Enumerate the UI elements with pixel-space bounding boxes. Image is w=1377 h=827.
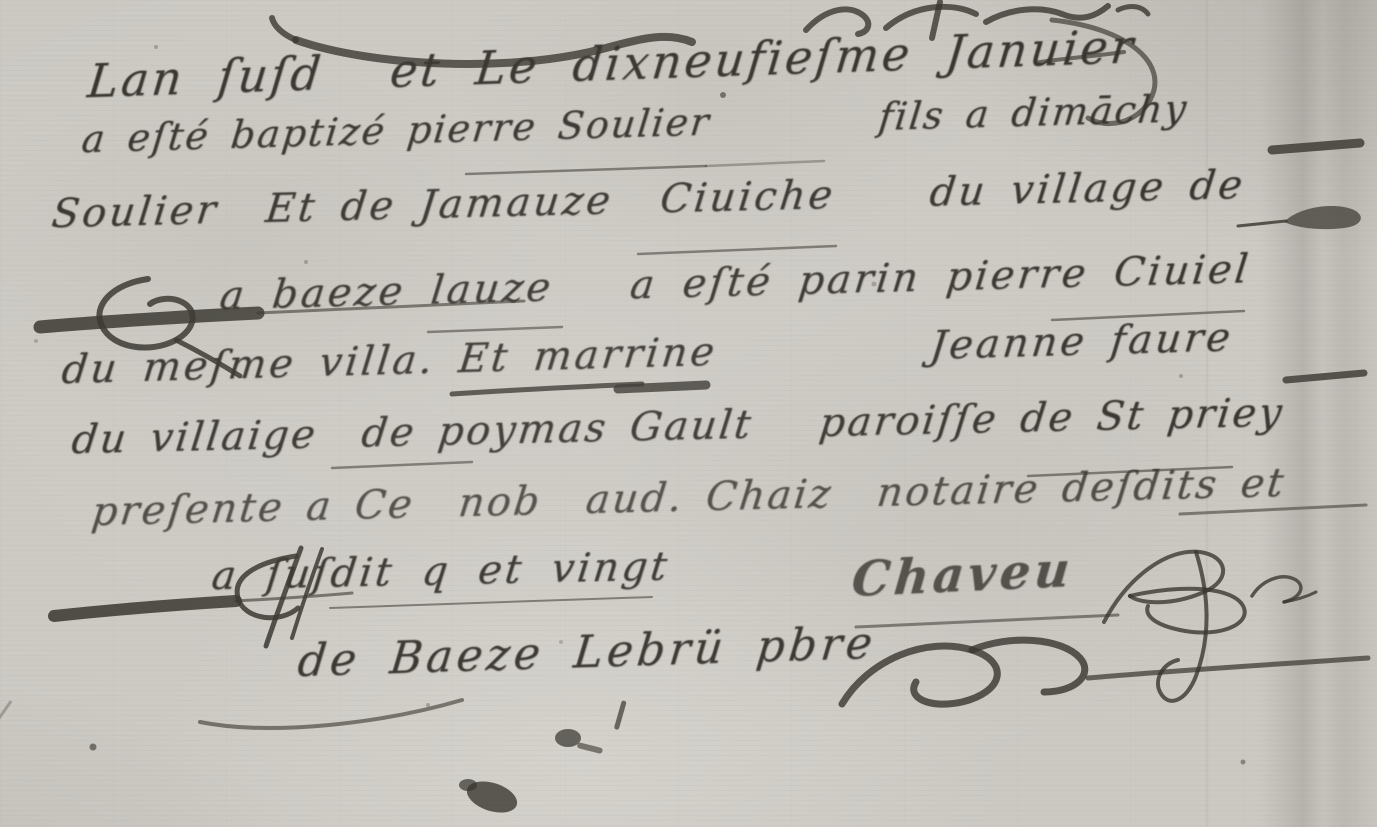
manuscript-line-5: du meſme villa. Et marrine Jeanne faure: [60, 317, 1235, 390]
manuscript-line-8: a ſuſdit q et vingt: [210, 546, 672, 596]
manuscript-line-6: du villaige de poymas Gault paroiſſe de …: [70, 392, 1287, 460]
priest-signoff-flourish: [842, 640, 1368, 704]
manuscript-line-4: a baeze lauze a eſté parin pierre Ciuiel: [218, 249, 1253, 316]
manuscript-line-3: Soulier Et de Jamauze Ciuiche du village…: [50, 165, 1248, 234]
notary-signature: Chaveu: [850, 546, 1076, 604]
manuscript-line-7: preſente a Ce nob aud. Chaiz notaire deſ…: [90, 463, 1288, 532]
manuscript-page: Lan ſuſd et Le dixneufieſme Januier a eſ…: [0, 0, 1377, 827]
manuscript-line-9: de Baeze Lebrü pbre: [296, 622, 879, 684]
notary-paraph-scribble: [1104, 552, 1316, 701]
